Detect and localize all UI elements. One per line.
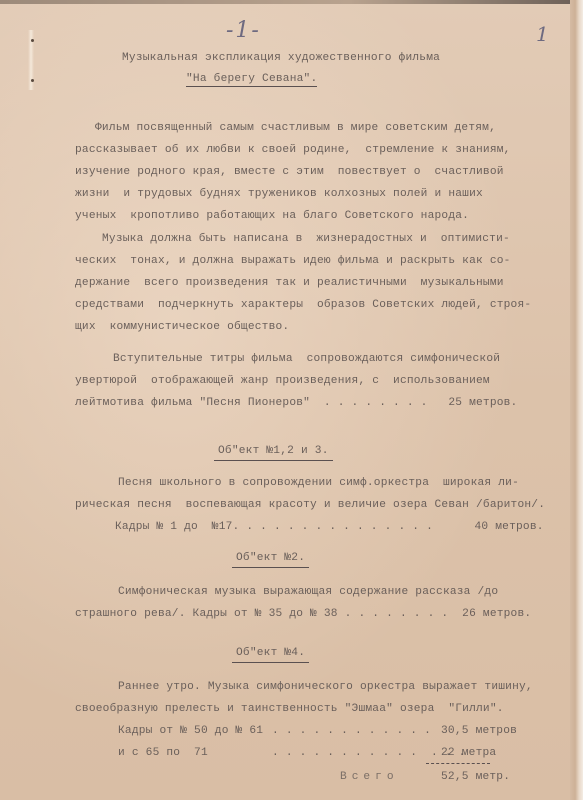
total-label: Всего	[340, 770, 399, 784]
section-line: Раннее утро. Музыка симфонического оркес…	[118, 680, 533, 694]
paragraph-line: увертюрой отображающей жанр произведения…	[75, 374, 490, 388]
section-line: рическая песня воспевающая красоту и вел…	[75, 498, 545, 512]
section-line: Кадры № 1 до №17. . . . . . . . . . . . …	[115, 520, 544, 534]
film-title: "На берегу Севана".	[186, 73, 317, 87]
section-heading: Об"ект №2.	[232, 552, 309, 568]
typed-page-number: -1-	[226, 18, 261, 43]
paragraph-line: Музыка должна быть написана в жизнерадос…	[102, 232, 510, 246]
section-line: страшного рева/. Кадры от № 35 до № 38 .…	[75, 607, 531, 621]
section-line: Симфоническая музыка выражающая содержан…	[118, 585, 498, 599]
paragraph-line: рассказывает об их любви к своей родине,…	[75, 143, 511, 157]
document-page: -1- 1 Музыкальная экспликация художестве…	[0, 0, 583, 800]
section-line: Песня школьного в сопровождении симф.орк…	[118, 476, 519, 490]
paragraph-line: жизни и трудовых буднях тружеников колхо…	[75, 187, 483, 201]
paragraph-line: лейтмотива фильма "Песня Пионеров" . . .…	[75, 396, 517, 410]
handwritten-page-number: 1	[536, 22, 549, 46]
section-heading: Об"ект №4.	[232, 647, 309, 663]
paragraph-line: ческих тонах, и должна выражать идею фил…	[75, 254, 511, 268]
paragraph-line: изучение родного края, вместе с этим пов…	[75, 165, 504, 179]
paragraph-line: держание всего произведения так и реалис…	[75, 276, 504, 290]
sum-divider	[426, 763, 490, 764]
paragraph-line: средствами подчеркнуть характеры образов…	[75, 298, 531, 312]
footage-leader-dots: . . . . . . . . . . . . . .	[272, 746, 466, 760]
footage-label: Кадры от № 50 до № 61	[118, 724, 263, 738]
footage-leader-dots: . . . . . . . . . . . .	[272, 724, 431, 738]
footage-label: и с 65 по 71	[118, 746, 208, 760]
paragraph-line: Фильм посвященный самым счастливым в мир…	[95, 121, 496, 135]
footage-value: 30,5 метров	[441, 724, 517, 738]
section-heading: Об"ект №1,2 и 3.	[214, 445, 333, 461]
page-right-edge	[570, 0, 583, 800]
paragraph-line: Вступительные титры фильма сопровождаютс…	[113, 352, 500, 366]
title-line-1: Музыкальная экспликация художественного …	[122, 51, 440, 65]
staple-hole	[31, 79, 34, 82]
section-line: своеобразную прелесть и таинственность "…	[75, 702, 504, 716]
staple-hole	[31, 39, 34, 42]
paragraph-line: ученых кропотливо работающих на благо Со…	[75, 209, 469, 223]
total-value: 52,5 метр.	[441, 770, 510, 784]
page-top-edge	[0, 0, 583, 4]
paragraph-line: щих коммунистическое общество.	[75, 320, 289, 334]
footage-value: 22 метра	[441, 746, 496, 760]
